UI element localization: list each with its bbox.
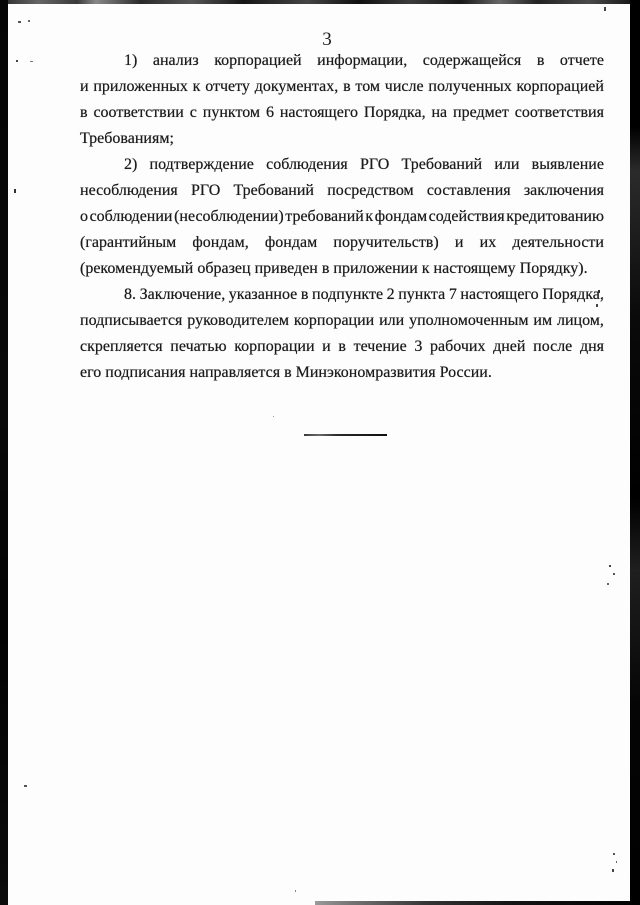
text-line: особлюдении(несоблюдении)требованийкфонд… (80, 204, 604, 230)
text-line: 1)анализкорпорациейинформации,содержащей… (80, 48, 604, 74)
document-body: 1)анализкорпорациейинформации,содержащей… (80, 48, 604, 386)
scan-speck (598, 290, 600, 293)
scan-speck (613, 853, 615, 855)
scan-speck (596, 304, 598, 307)
scan-speck (607, 583, 609, 585)
scan-speck (273, 416, 274, 417)
page-number: 3 (322, 30, 332, 49)
text-line: (рекомендуемый образец приведен в прилож… (80, 256, 604, 282)
text-line: подписываетсяруководителемкорпорацииилиу… (80, 308, 604, 334)
scan-edge-bottom (315, 901, 640, 905)
text-line: несоблюденияРГОТребованийпосредствомсост… (80, 178, 604, 204)
text-line: всоответствииспунктом6настоящегоПорядка,… (80, 100, 604, 126)
text-line: Требованиям; (80, 126, 604, 152)
scan-speck (604, 7, 606, 11)
scan-edge-right (630, 0, 640, 905)
text-line: его подписания направляется в Минэкономр… (80, 360, 604, 386)
scan-speck (613, 573, 615, 575)
scan-speck (28, 20, 30, 22)
scan-speck (16, 60, 18, 62)
scan-edge-left (0, 0, 8, 905)
scan-speck (616, 861, 617, 863)
scanned-document-page: 3 1)анализкорпорациейинформации,содержащ… (0, 0, 640, 905)
text-line: иприложенныхкотчетудокументах,втомчислеп… (80, 74, 604, 100)
text-line: 2)подтверждениесоблюденияРГОТребованийил… (80, 152, 604, 178)
scan-speck (609, 565, 611, 567)
scan-speck (612, 869, 614, 872)
text-line: скрепляетсяпечатьюкорпорацииивтечение3ра… (80, 334, 604, 360)
scan-speck (18, 21, 21, 23)
scan-speck (602, 297, 603, 300)
scan-speck (24, 785, 27, 787)
text-line: 8.Заключение,указанноевподпункте2пункта7… (80, 282, 604, 308)
scan-speck (295, 890, 296, 892)
end-of-text-divider (304, 434, 387, 436)
text-line: (гарантийнымфондам,фондампоручительств)и… (80, 230, 604, 256)
scan-speck (14, 189, 16, 193)
scan-edge-top (0, 0, 640, 4)
scan-speck (30, 61, 33, 62)
